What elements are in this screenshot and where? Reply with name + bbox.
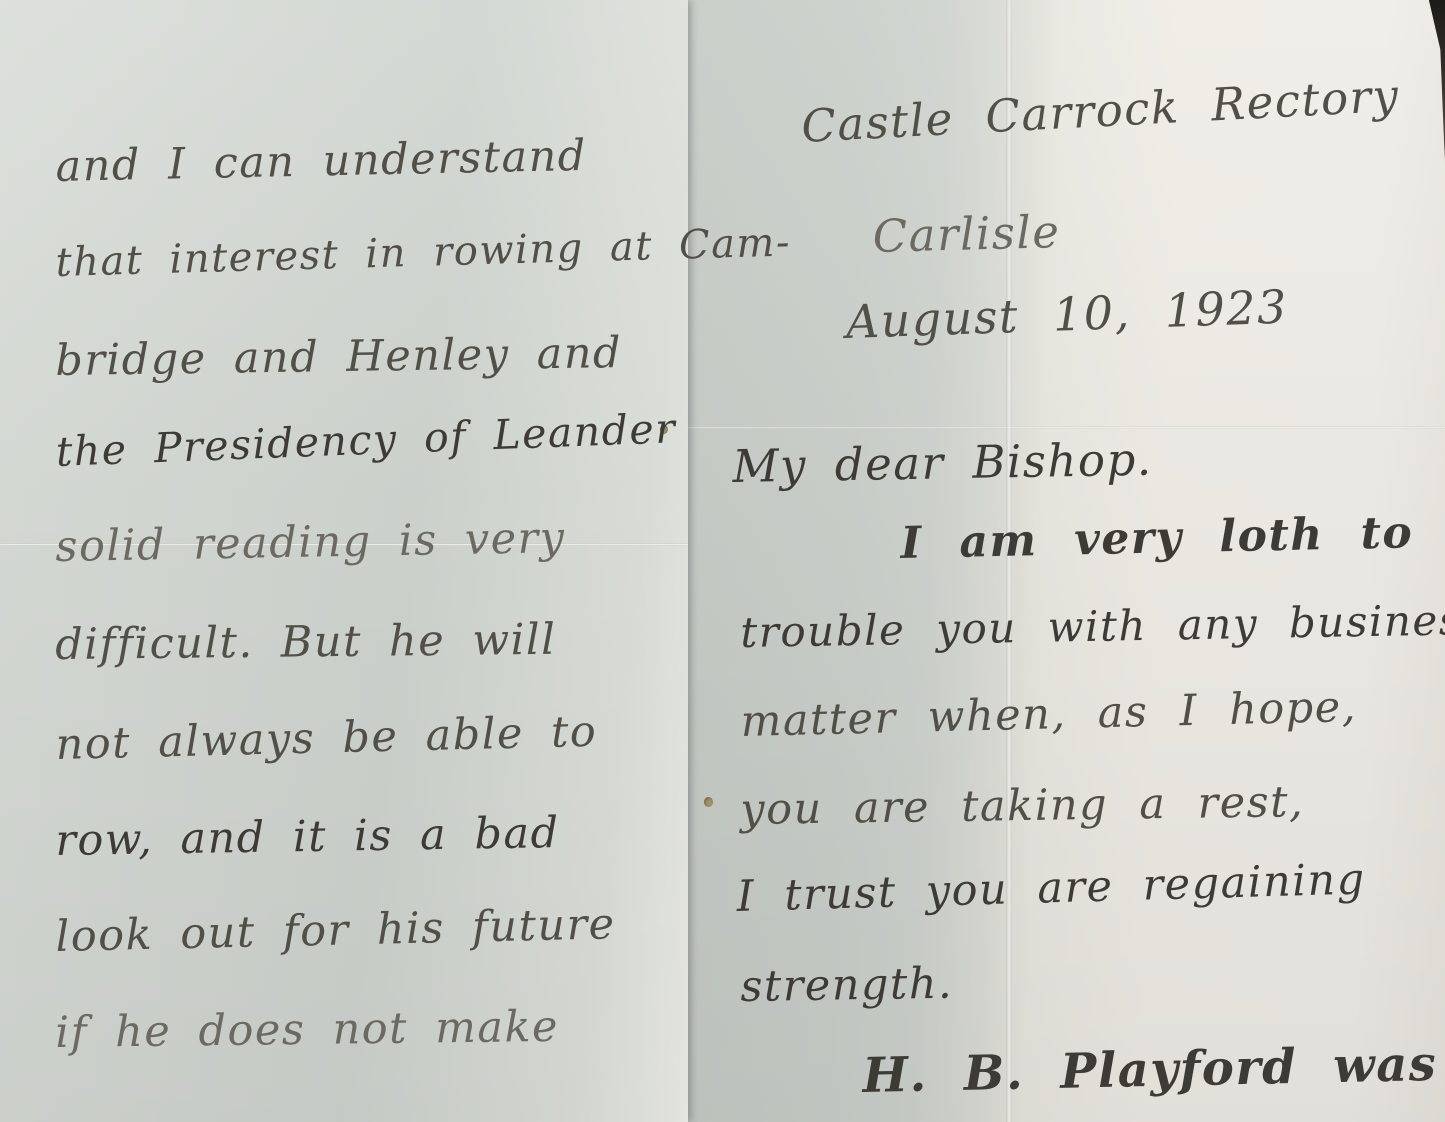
handwriting-line: if he does not make: [55, 1002, 559, 1058]
handwriting-line: I am very loth to: [900, 507, 1414, 569]
handwriting-line: solid reading is very: [55, 513, 566, 572]
address-line-2: Carlisle: [872, 205, 1061, 263]
handwriting-line: difficult. But he will: [55, 615, 557, 670]
salutation-line: My dear Bishop.: [732, 433, 1153, 493]
paper-speck: [704, 797, 713, 807]
handwriting-line: row, and it is a bad: [55, 808, 560, 866]
handwriting-line: bridge and Henley and: [55, 328, 622, 386]
fold-crease-horizontal-right: [688, 426, 1445, 429]
handwriting-line: you are taking a rest,: [740, 777, 1304, 835]
handwriting-line: strength.: [740, 959, 953, 1012]
letter-photograph: and I can understand that interest in ro…: [0, 0, 1445, 1122]
